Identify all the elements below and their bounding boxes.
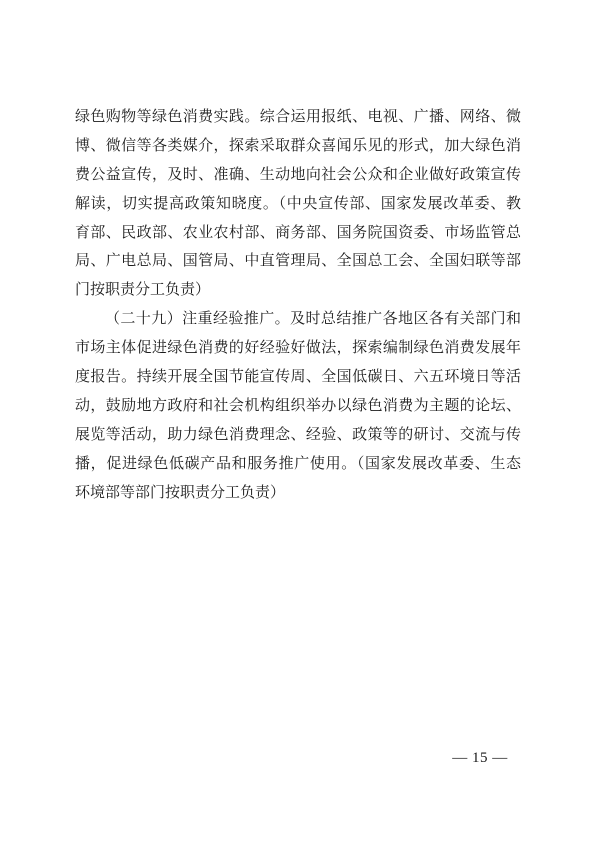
body-text-line: 环境部等部门按职责分工负责） (75, 479, 521, 508)
body-text-line: 动，鼓励地方政府和社会机构组织举办以绿色消费为主题的论坛、 (75, 392, 521, 421)
page-number: — 15 — (447, 748, 513, 768)
document-body: 绿色购物等绿色消费实践。综合运用报纸、电视、广播、网络、微 博、微信等各类媒介，… (75, 103, 521, 507)
body-text-line: 育部、民政部、农业农村部、商务部、国务院国资委、市场监管总 (75, 219, 521, 248)
body-text-line: 度报告。持续开展全国节能宣传周、全国低碳日、六五环境日等活 (75, 363, 521, 392)
body-text-line: 展览等活动，助力绿色消费理念、经验、政策等的研讨、交流与传 (75, 421, 521, 450)
body-text-line: 局、广电总局、国管局、中直管理局、全国总工会、全国妇联等部 (75, 247, 521, 276)
body-text-line: 市场主体促进绿色消费的好经验好做法，探索编制绿色消费发展年 (75, 334, 521, 363)
body-text-line: 绿色购物等绿色消费实践。综合运用报纸、电视、广播、网络、微 (75, 103, 521, 132)
body-text-line: 播，促进绿色低碳产品和服务推广使用。（国家发展改革委、生态 (75, 450, 521, 479)
document-page: 绿色购物等绿色消费实践。综合运用报纸、电视、广播、网络、微 博、微信等各类媒介，… (0, 0, 595, 841)
body-text-line: 解读，切实提高政策知晓度。（中央宣传部、国家发展改革委、教 (75, 190, 521, 219)
body-text-line: 费公益宣传，及时、准确、生动地向社会公众和企业做好政策宣传 (75, 161, 521, 190)
body-text-line: （二十九）注重经验推广。及时总结推广各地区各有关部门和 (75, 305, 521, 334)
body-text-line: 门按职责分工负责） (75, 276, 521, 305)
body-text-line: 博、微信等各类媒介，探索采取群众喜闻乐见的形式，加大绿色消 (75, 132, 521, 161)
